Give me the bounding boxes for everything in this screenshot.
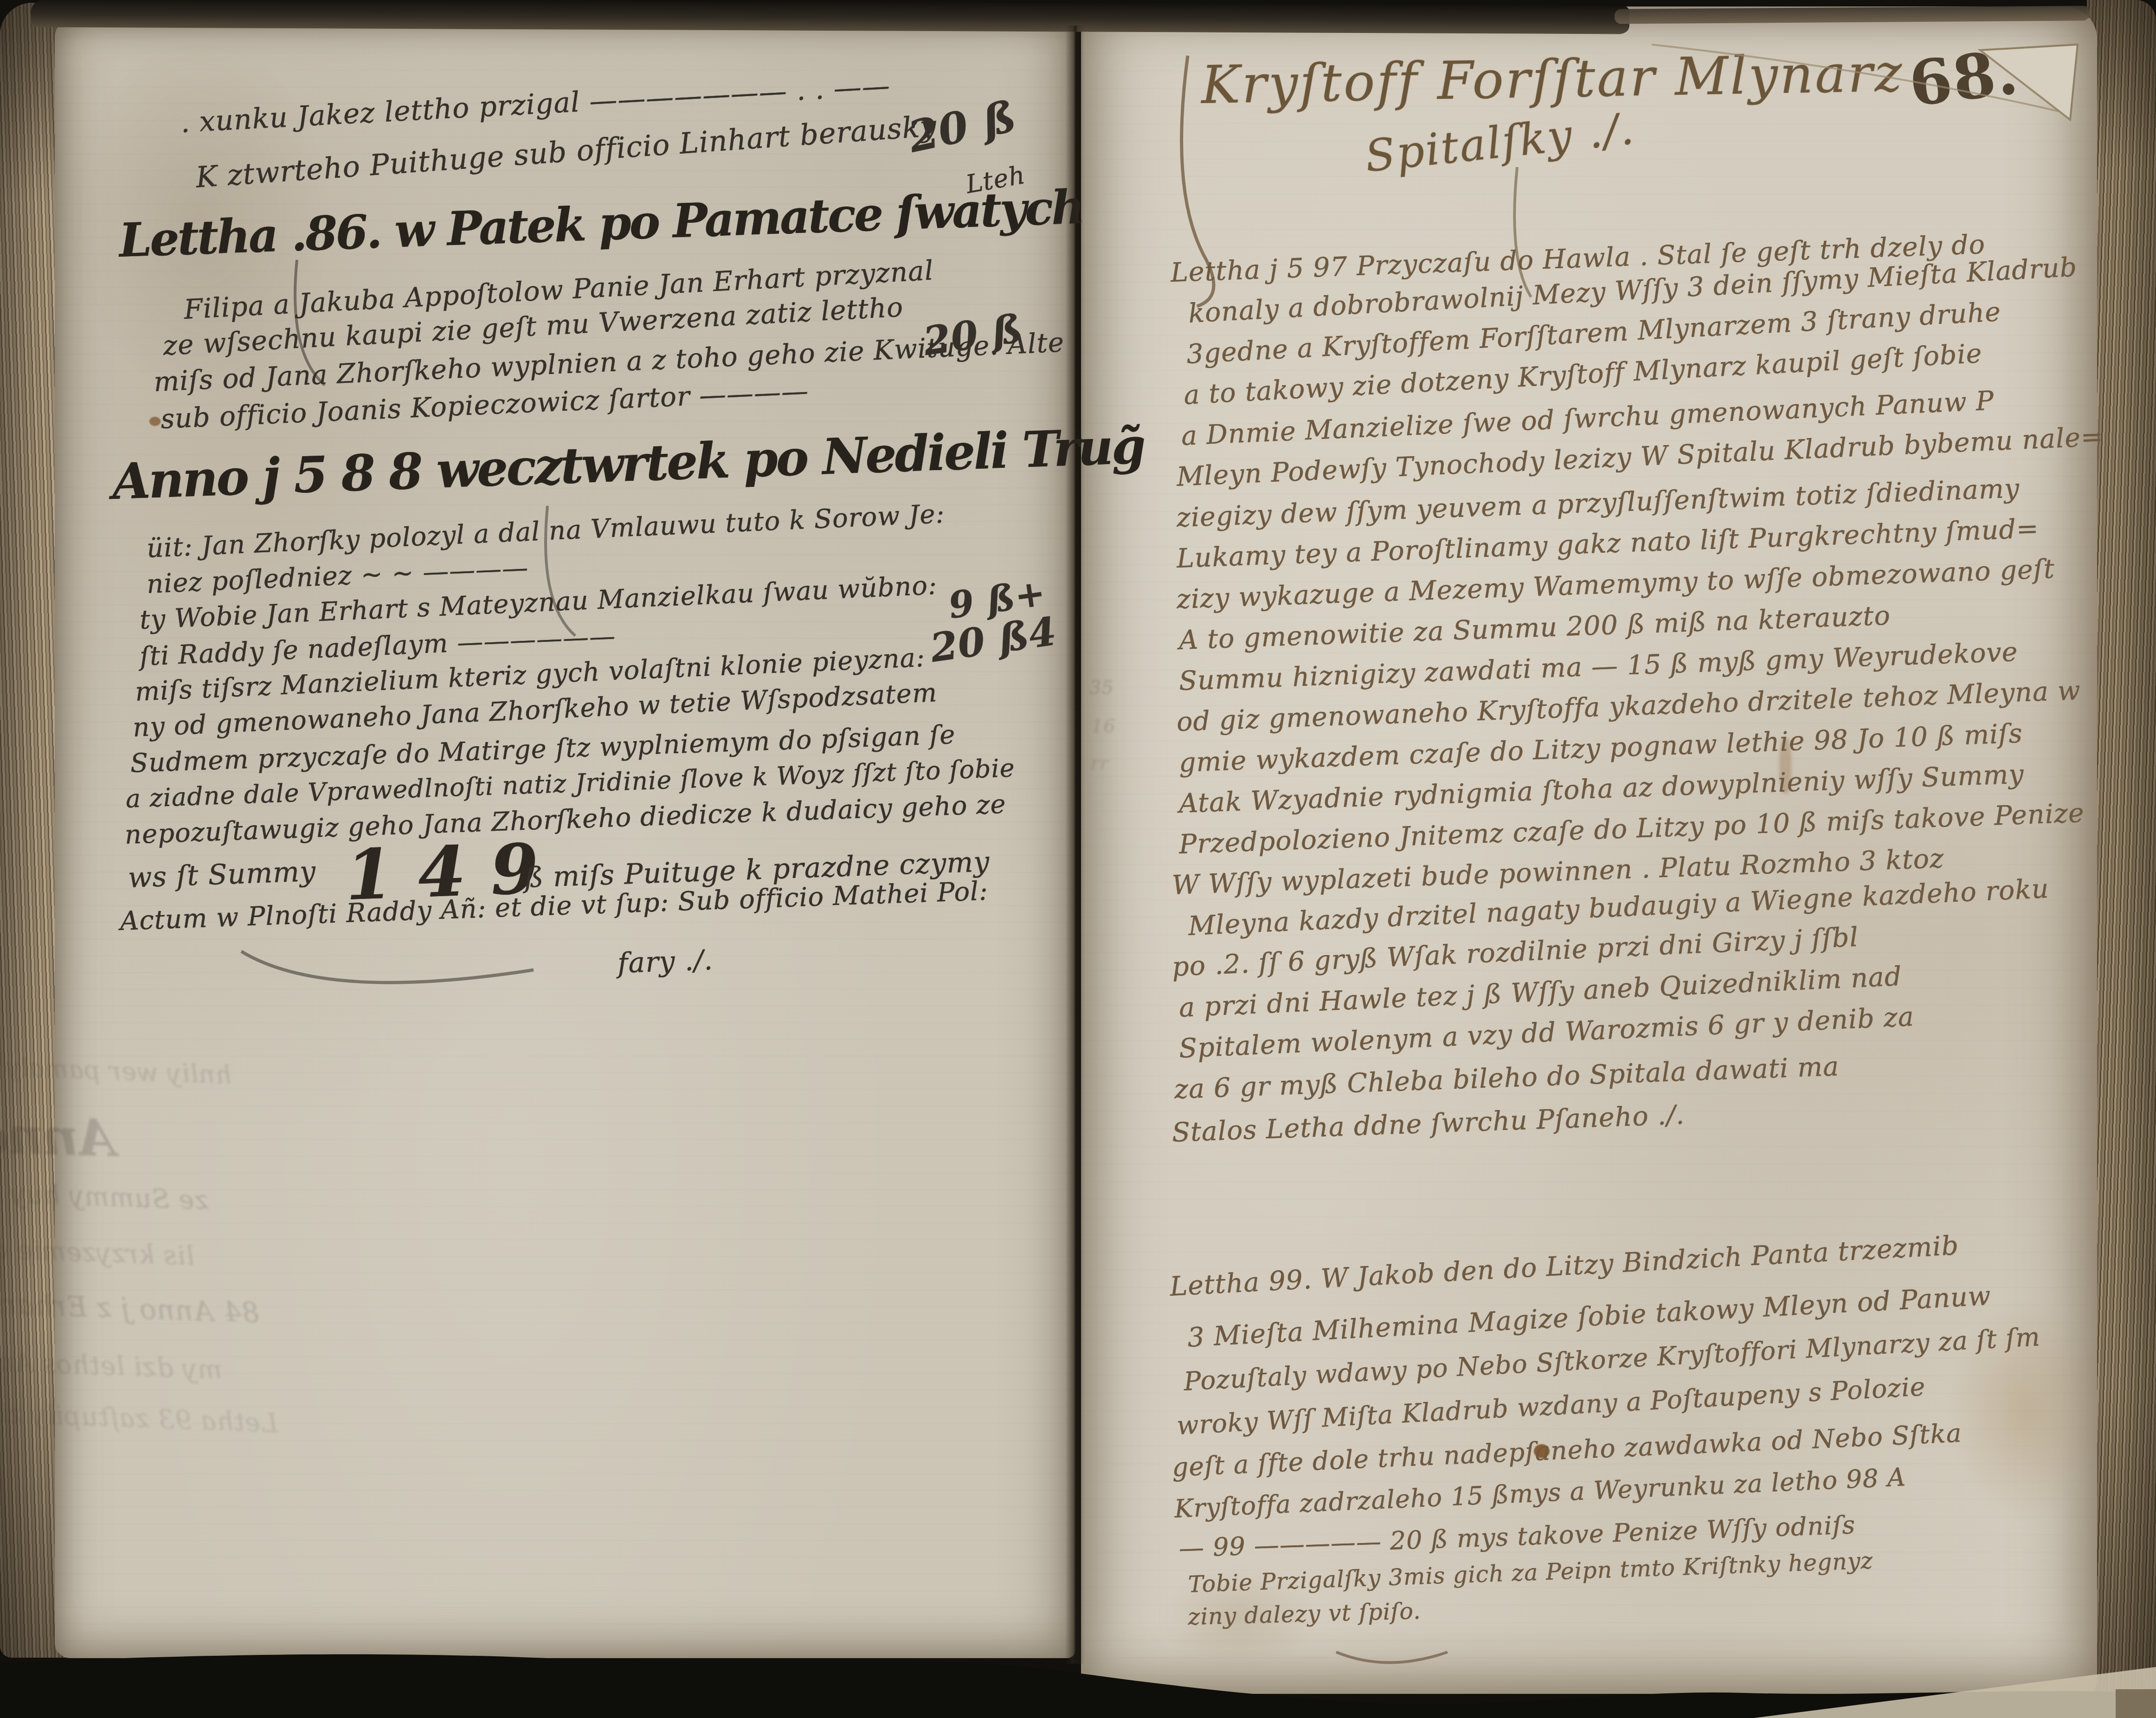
gutter-shadow — [1065, 26, 1085, 1664]
manuscript-line: 35 — [1089, 678, 1114, 697]
folio-number: 68. — [1906, 41, 2022, 116]
right-page-heading: Kryſtoff Forſſtar Mlynarz — [1201, 47, 1904, 111]
manuscript-line: 16 — [1091, 717, 1116, 736]
manuscript-line: fary ./. — [617, 946, 714, 977]
right-page-edges — [2087, 0, 2156, 1696]
manuscript-line: ws ſt Summy — [128, 858, 316, 892]
manuscript-line: rr — [1090, 754, 1109, 773]
book-spread: Kryſtoff Forſſtar Mlynarz Spitalſky ./. … — [0, 0, 2156, 1718]
manuscript-line: ziny dalezy vt ſpiſo. — [1188, 1600, 1421, 1628]
